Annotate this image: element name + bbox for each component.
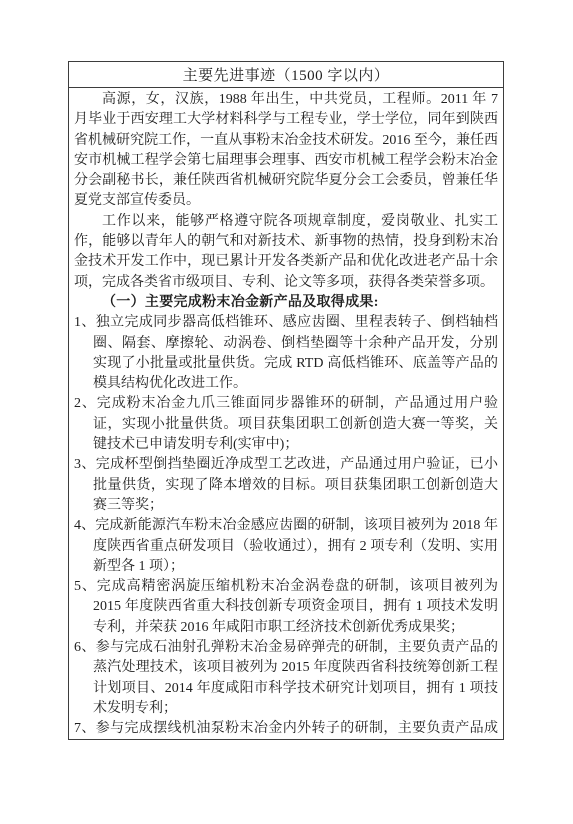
list-item: 1、独立完成同步器高低档锥环、感应齿圈、里程表转子、倒档轴档圈、隔套、摩擦轮、动… xyxy=(74,313,498,394)
work-summary-paragraph: 工作以来，能够严格遵守院各项规章制度，爱岗敬业、扎实工作，能够以青年人的朝气和对… xyxy=(74,212,498,293)
list-item-text: 完成杯型倒挡垫圈近净成型工艺改进，产品通过用户验证，已小批量供货，实现了降本增效… xyxy=(93,457,498,513)
list-item: 7、参与完成摆线机油泵粉末冶金内外转子的研制，主要负责产品成型 xyxy=(74,719,498,739)
list-item-number: 3、 xyxy=(74,457,96,472)
list-item-number: 4、 xyxy=(74,518,95,533)
deeds-body-cell: 高源，女，汉族，1988 年出生，中共党员，工程师。2011 年 7 月毕业于西… xyxy=(69,88,503,739)
list-item-text: 参与完成摆线机油泵粉末冶金内外转子的研制，主要负责产品成型 xyxy=(93,721,498,739)
list-item-text: 参与完成石油射孔弹粉末冶金易碎弹壳的研制，主要负责产品的蒸汽处理技术，该项目被列… xyxy=(93,640,498,716)
table-title: 主要先进事迹（1500 字以内） xyxy=(183,64,390,85)
list-item-number: 7、 xyxy=(74,721,96,736)
list-item-number: 2、 xyxy=(74,396,97,411)
list-item-text: 完成粉末冶金九爪三锥面同步器锥环的研制，产品通过用户验证，实现小批量供货。项目获… xyxy=(93,396,498,452)
section-heading: （一）主要完成粉末冶金新产品及取得成果: xyxy=(74,293,498,313)
deeds-table: 主要先进事迹（1500 字以内） 高源，女，汉族，1988 年出生，中共党员，工… xyxy=(68,61,504,740)
list-item: 2、完成粉末冶金九爪三锥面同步器锥环的研制，产品通过用户验证，实现小批量供货。项… xyxy=(74,394,498,455)
table-header-row: 主要先进事迹（1500 字以内） xyxy=(69,62,503,88)
list-item-text: 完成新能源汽车粉末冶金感应齿圈的研制，该项目被列为 2018 年度陕西省重点研发… xyxy=(93,518,498,574)
list-item: 3、完成杯型倒挡垫圈近净成型工艺改进，产品通过用户验证，已小批量供货，实现了降本… xyxy=(74,455,498,516)
list-item-text: 完成高精密涡旋压缩机粉末冶金涡卷盘的研制，该项目被列为 2015 年度陕西省重大… xyxy=(93,579,498,635)
document-page: 主要先进事迹（1500 字以内） 高源，女，汉族，1988 年出生，中共党员，工… xyxy=(0,0,573,824)
list-item-number: 5、 xyxy=(74,579,97,594)
list-item: 5、完成高精密涡旋压缩机粉末冶金涡卷盘的研制，该项目被列为 2015 年度陕西省… xyxy=(74,577,498,638)
list-item: 4、完成新能源汽车粉末冶金感应齿圈的研制，该项目被列为 2018 年度陕西省重点… xyxy=(74,516,498,577)
list-item-text: 独立完成同步器高低档锥环、感应齿圈、里程表转子、倒档轴档圈、隔套、摩擦轮、动涡卷… xyxy=(93,315,498,391)
list-item: 6、参与完成石油射孔弹粉末冶金易碎弹壳的研制，主要负责产品的蒸汽处理技术，该项目… xyxy=(74,638,498,719)
list-item-number: 1、 xyxy=(74,315,96,330)
bio-paragraph: 高源，女，汉族，1988 年出生，中共党员，工程师。2011 年 7 月毕业于西… xyxy=(74,90,498,212)
list-item-number: 6、 xyxy=(74,640,96,655)
